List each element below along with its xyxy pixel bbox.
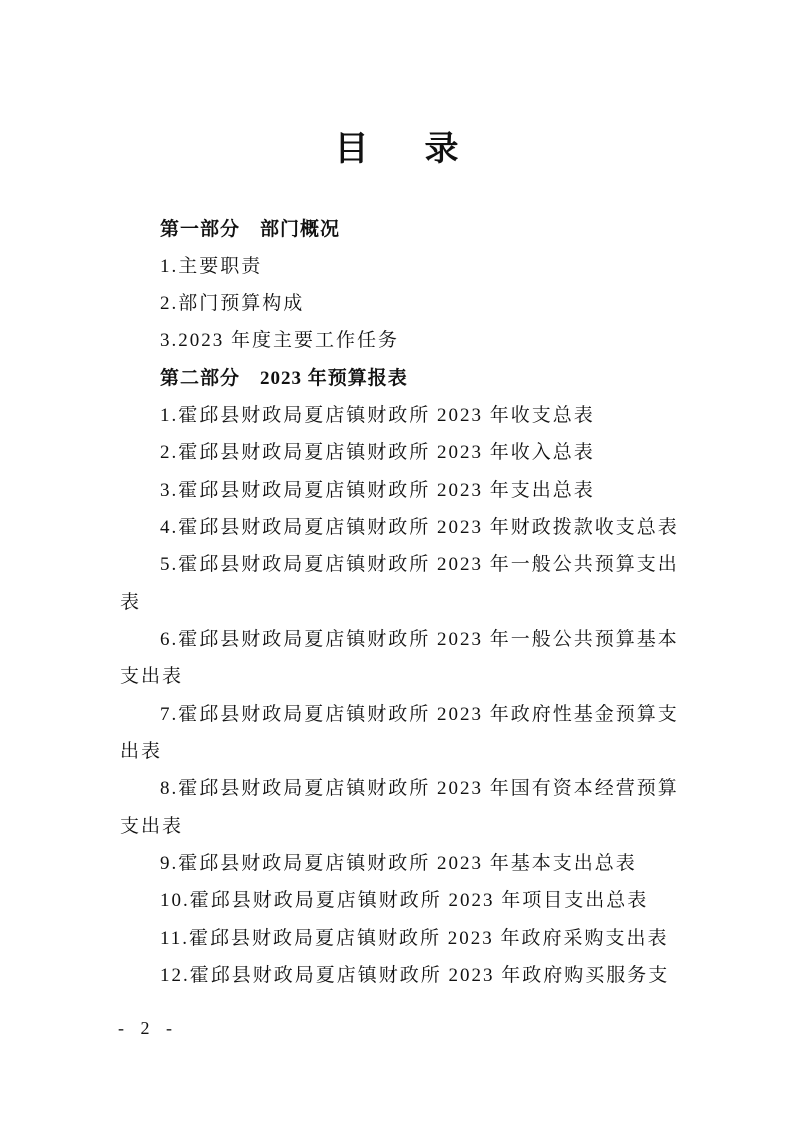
toc-item[interactable]: 10.霍邱县财政局夏店镇财政所 2023 年项目支出总表 (160, 889, 648, 913)
toc-item[interactable]: 7.霍邱县财政局夏店镇财政所 2023 年政府性基金预算支 (160, 703, 679, 727)
page-title: 目录 (0, 130, 793, 170)
part2-heading: 第二部分 2023 年预算报表 (160, 367, 408, 391)
toc-item[interactable]: 1.主要职责 (160, 255, 262, 279)
toc-item-continuation[interactable]: 表 (120, 591, 141, 615)
toc-item[interactable]: 9.霍邱县财政局夏店镇财政所 2023 年基本支出总表 (160, 852, 637, 876)
toc-item[interactable]: 5.霍邱县财政局夏店镇财政所 2023 年一般公共预算支出 (160, 553, 679, 577)
toc-item[interactable]: 4.霍邱县财政局夏店镇财政所 2023 年财政拨款收支总表 (160, 516, 679, 540)
toc-item[interactable]: 6.霍邱县财政局夏店镇财政所 2023 年一般公共预算基本 (160, 628, 679, 652)
part1-heading: 第一部分 部门概况 (160, 218, 340, 242)
page-number: - 2 - (118, 1018, 178, 1039)
toc-item[interactable]: 3.2023 年度主要工作任务 (160, 329, 399, 353)
title-char-1: 目 (335, 131, 425, 168)
toc-item[interactable]: 1.霍邱县财政局夏店镇财政所 2023 年收支总表 (160, 404, 595, 428)
toc-item[interactable]: 2.霍邱县财政局夏店镇财政所 2023 年收入总表 (160, 441, 595, 465)
toc-item[interactable]: 3.霍邱县财政局夏店镇财政所 2023 年支出总表 (160, 479, 595, 503)
toc-item[interactable]: 11.霍邱县财政局夏店镇财政所 2023 年政府采购支出表 (160, 927, 669, 951)
toc-item[interactable]: 2.部门预算构成 (160, 292, 304, 316)
toc-item[interactable]: 8.霍邱县财政局夏店镇财政所 2023 年国有资本经营预算 (160, 777, 679, 801)
title-char-2: 录 (425, 131, 515, 168)
toc-item[interactable]: 12.霍邱县财政局夏店镇财政所 2023 年政府购买服务支 (160, 964, 669, 988)
toc-item-continuation[interactable]: 出表 (120, 740, 162, 764)
toc-item-continuation[interactable]: 支出表 (120, 815, 183, 839)
toc-item-continuation[interactable]: 支出表 (120, 665, 183, 689)
